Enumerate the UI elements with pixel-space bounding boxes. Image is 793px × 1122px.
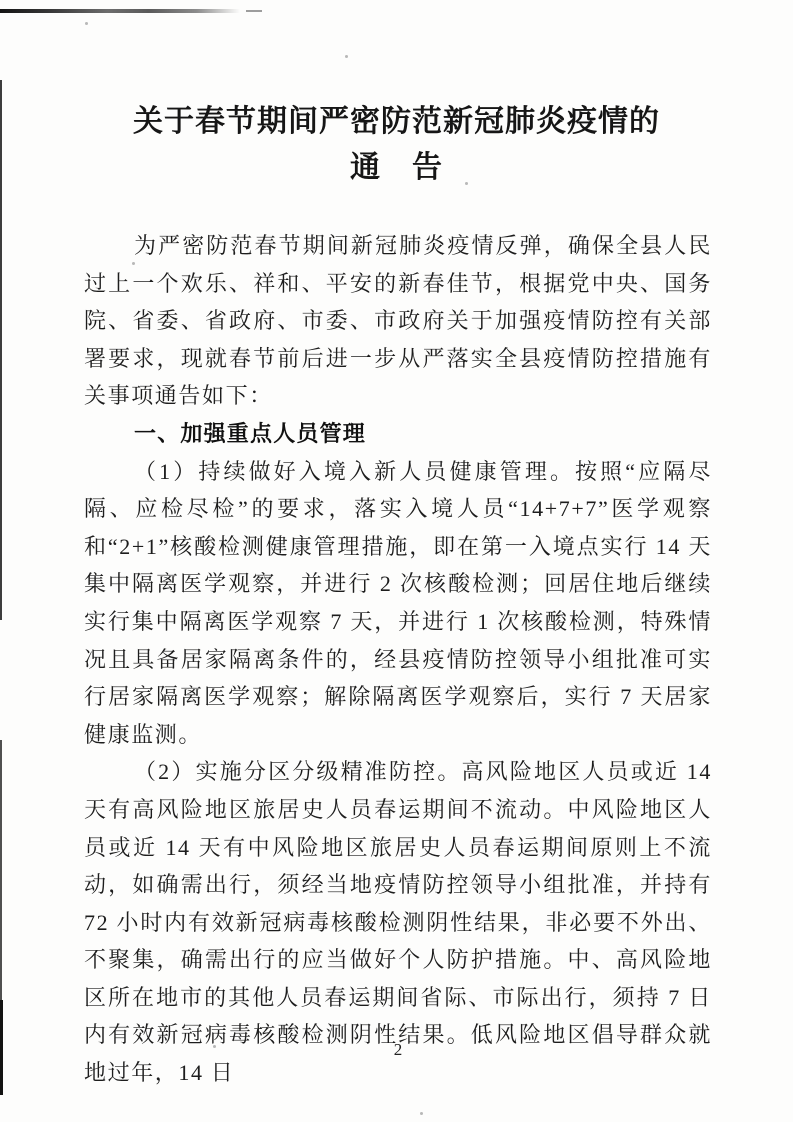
document-title-line-1: 关于春节期间严密防范新冠肺炎疫情的 [0,99,793,145]
paragraph-intro: 为严密防范春节期间新冠肺炎疫情反弹，确保全县人民过上一个欢乐、祥和、平安的新春佳… [84,227,712,415]
scanned-notice-page: 关于春节期间严密防范新冠肺炎疫情的 通 告 为严密防范春节期间新冠肺炎疫情反弹，… [0,0,793,1122]
scan-speck [85,22,88,25]
scan-speck [345,55,348,58]
paragraph-item-1: （1）持续做好入境入新人员健康管理。按照“应隔尽隔、应检尽检”的要求，落实入境人… [84,453,712,754]
document-title-line-2: 通 告 [0,145,793,191]
document-body: 为严密防范春节期间新冠肺炎疫情反弹，确保全县人民过上一个欢乐、祥和、平安的新春佳… [84,227,712,1092]
page-number: 2 [84,1040,712,1060]
scan-streak-top-dash [246,10,262,12]
document-title: 关于春节期间严密防范新冠肺炎疫情的 通 告 [0,99,793,191]
section-heading-1: 一、加强重点人员管理 [84,415,712,453]
scan-speck [420,1112,423,1115]
scan-left-edge-line [0,1000,3,1095]
scan-streak-top-edge [0,9,240,13]
